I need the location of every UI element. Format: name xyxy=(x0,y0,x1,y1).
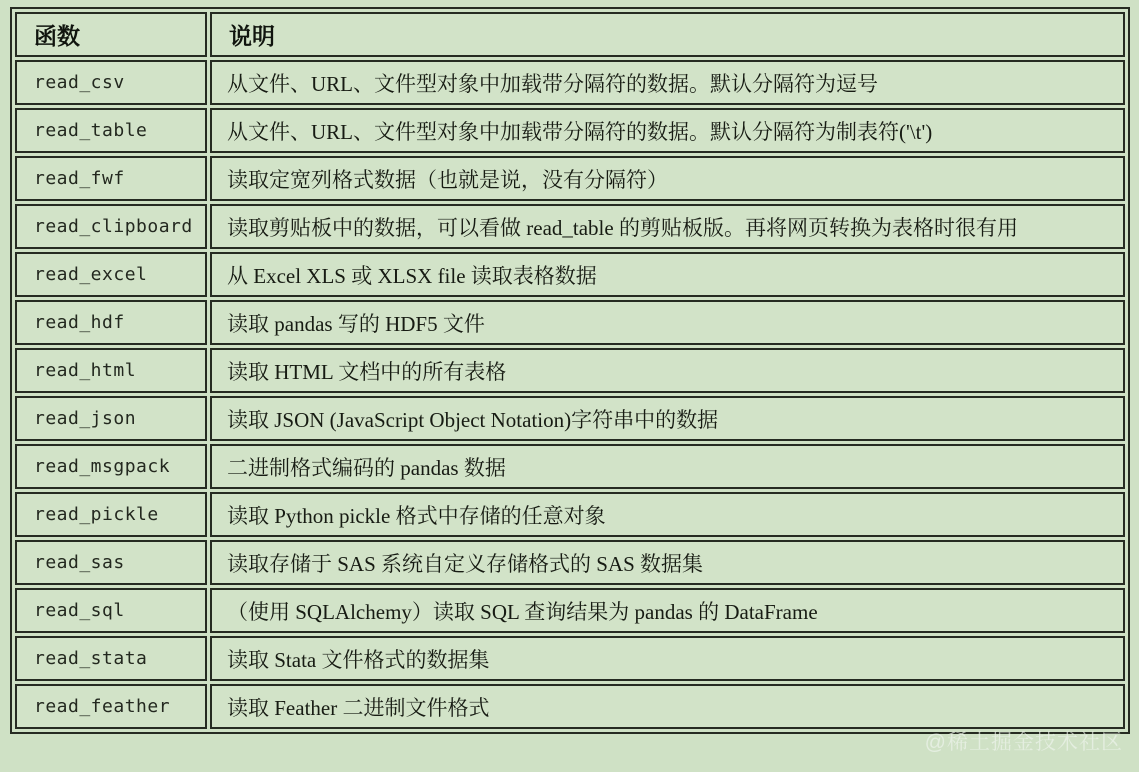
function-cell: read_stata xyxy=(15,636,207,681)
function-cell: read_pickle xyxy=(15,492,207,537)
table-row: read_hdf 读取 pandas 写的 HDF5 文件 xyxy=(15,300,1125,345)
table-row: read_msgpack 二进制格式编码的 pandas 数据 xyxy=(15,444,1125,489)
table-row: read_table 从文件、URL、文件型对象中加载带分隔符的数据。默认分隔符… xyxy=(15,108,1125,153)
function-cell: read_clipboard xyxy=(15,204,207,249)
function-cell: read_csv xyxy=(15,60,207,105)
table-row: read_excel 从 Excel XLS 或 XLSX file 读取表格数… xyxy=(15,252,1125,297)
table-row: read_html 读取 HTML 文档中的所有表格 xyxy=(15,348,1125,393)
description-cell: 读取 JSON (JavaScript Object Notation)字符串中… xyxy=(210,396,1125,441)
function-cell: read_excel xyxy=(15,252,207,297)
description-cell: 读取 HTML 文档中的所有表格 xyxy=(210,348,1125,393)
table-row: read_fwf 读取定宽列格式数据（也就是说，没有分隔符） xyxy=(15,156,1125,201)
description-cell: 读取存储于 SAS 系统自定义存储格式的 SAS 数据集 xyxy=(210,540,1125,585)
description-cell: 读取定宽列格式数据（也就是说，没有分隔符） xyxy=(210,156,1125,201)
header-description: 说明 xyxy=(210,12,1125,57)
table-header-row: 函数 说明 xyxy=(15,12,1125,57)
header-function: 函数 xyxy=(15,12,207,57)
function-cell: read_fwf xyxy=(15,156,207,201)
table-row: read_stata 读取 Stata 文件格式的数据集 xyxy=(15,636,1125,681)
description-cell: 读取剪贴板中的数据，可以看做 read_table 的剪贴板版。再将网页转换为表… xyxy=(210,204,1125,249)
function-cell: read_html xyxy=(15,348,207,393)
function-cell: read_msgpack xyxy=(15,444,207,489)
table-row: read_pickle 读取 Python pickle 格式中存储的任意对象 xyxy=(15,492,1125,537)
description-cell: 从文件、URL、文件型对象中加载带分隔符的数据。默认分隔符为逗号 xyxy=(210,60,1125,105)
table-row: read_sql （使用 SQLAlchemy）读取 SQL 查询结果为 pan… xyxy=(15,588,1125,633)
table-row: read_feather 读取 Feather 二进制文件格式 xyxy=(15,684,1125,729)
description-cell: 读取 pandas 写的 HDF5 文件 xyxy=(210,300,1125,345)
table-row: read_sas 读取存储于 SAS 系统自定义存储格式的 SAS 数据集 xyxy=(15,540,1125,585)
page: 函数 说明 read_csv 从文件、URL、文件型对象中加载带分隔符的数据。默… xyxy=(0,0,1139,772)
function-cell: read_sql xyxy=(15,588,207,633)
description-cell: 读取 Stata 文件格式的数据集 xyxy=(210,636,1125,681)
function-cell: read_json xyxy=(15,396,207,441)
function-cell: read_feather xyxy=(15,684,207,729)
function-cell: read_hdf xyxy=(15,300,207,345)
pandas-io-functions-table: 函数 说明 read_csv 从文件、URL、文件型对象中加载带分隔符的数据。默… xyxy=(10,7,1130,734)
function-cell: read_table xyxy=(15,108,207,153)
table-row: read_json 读取 JSON (JavaScript Object Not… xyxy=(15,396,1125,441)
table-row: read_clipboard 读取剪贴板中的数据，可以看做 read_table… xyxy=(15,204,1125,249)
description-cell: 读取 Feather 二进制文件格式 xyxy=(210,684,1125,729)
description-cell: 二进制格式编码的 pandas 数据 xyxy=(210,444,1125,489)
function-cell: read_sas xyxy=(15,540,207,585)
description-cell: （使用 SQLAlchemy）读取 SQL 查询结果为 pandas 的 Dat… xyxy=(210,588,1125,633)
description-cell: 从 Excel XLS 或 XLSX file 读取表格数据 xyxy=(210,252,1125,297)
table-row: read_csv 从文件、URL、文件型对象中加载带分隔符的数据。默认分隔符为逗… xyxy=(15,60,1125,105)
description-cell: 读取 Python pickle 格式中存储的任意对象 xyxy=(210,492,1125,537)
description-cell: 从文件、URL、文件型对象中加载带分隔符的数据。默认分隔符为制表符('\t') xyxy=(210,108,1125,153)
